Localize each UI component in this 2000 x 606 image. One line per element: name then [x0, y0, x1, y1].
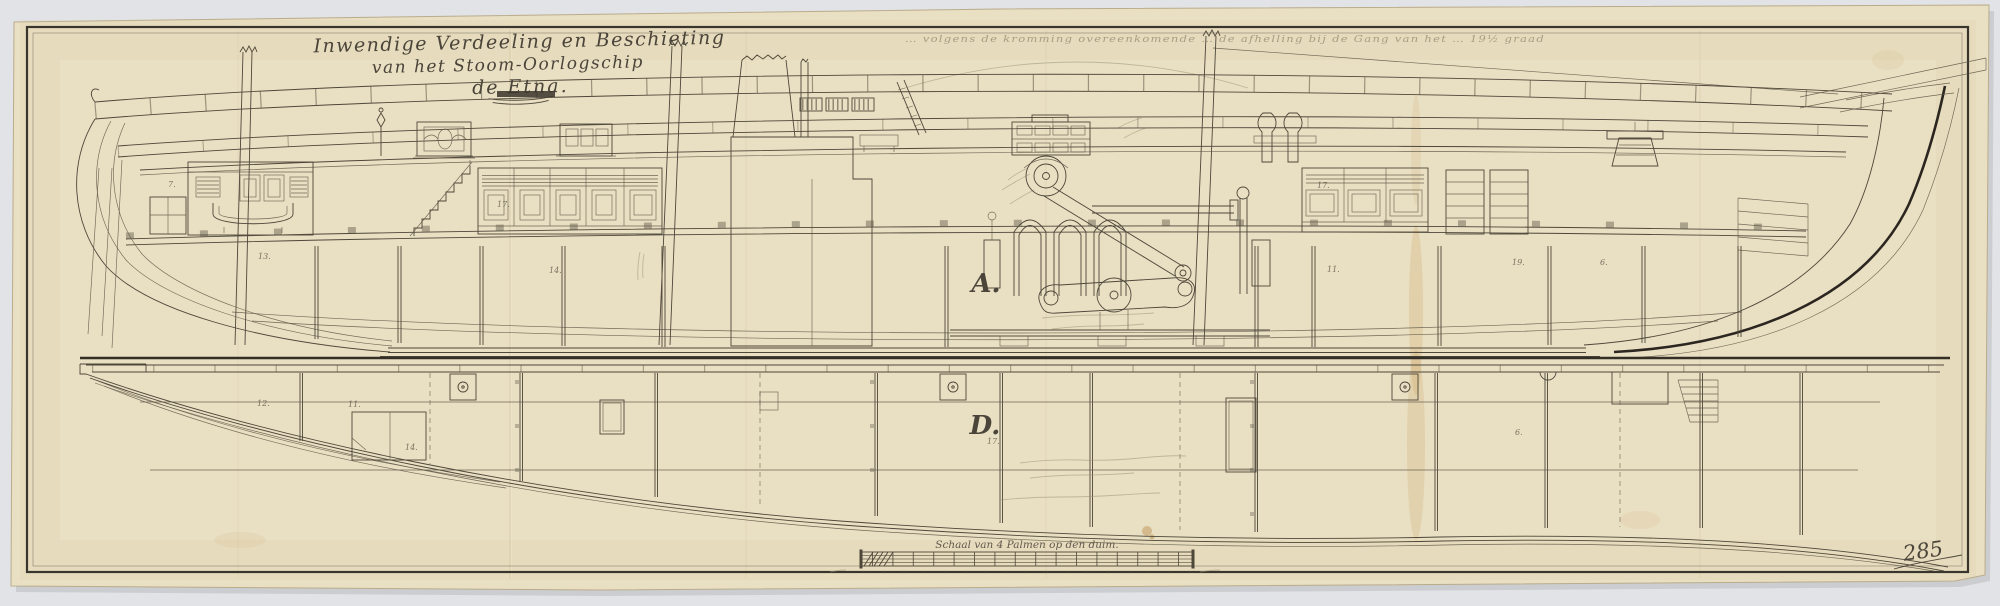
compartment-number: 17.: [497, 200, 510, 209]
section-label-profile: A.: [968, 269, 1000, 299]
compartment-number: 6.: [1600, 258, 1608, 267]
compartment-number: 19.: [1512, 258, 1525, 267]
compartment-number: 6.: [1515, 428, 1523, 437]
compartment-number: 7.: [168, 180, 176, 189]
compartment-number: 11.: [348, 400, 361, 409]
compartment-number: 17.: [1317, 181, 1330, 190]
ship-plan-sheet: Inwendige Verdeeling en Beschieting van …: [0, 0, 2000, 606]
scan-background: Inwendige Verdeeling en Beschieting van …: [0, 0, 2000, 606]
hammock-rail: [497, 91, 555, 97]
pencil-note-top: … volgens de kromming overeenkomende … d…: [905, 34, 1545, 45]
compartment-number: 13.: [258, 252, 271, 261]
compartment-number: 14.: [549, 266, 562, 275]
compartment-number: 11.: [1327, 265, 1340, 274]
scale-caption: Schaal van 4 Palmen op den duim.: [935, 539, 1118, 551]
compartment-number: 12.: [257, 399, 270, 408]
compartment-number: 14.: [405, 443, 418, 452]
compartment-number: 17.: [987, 437, 1000, 446]
